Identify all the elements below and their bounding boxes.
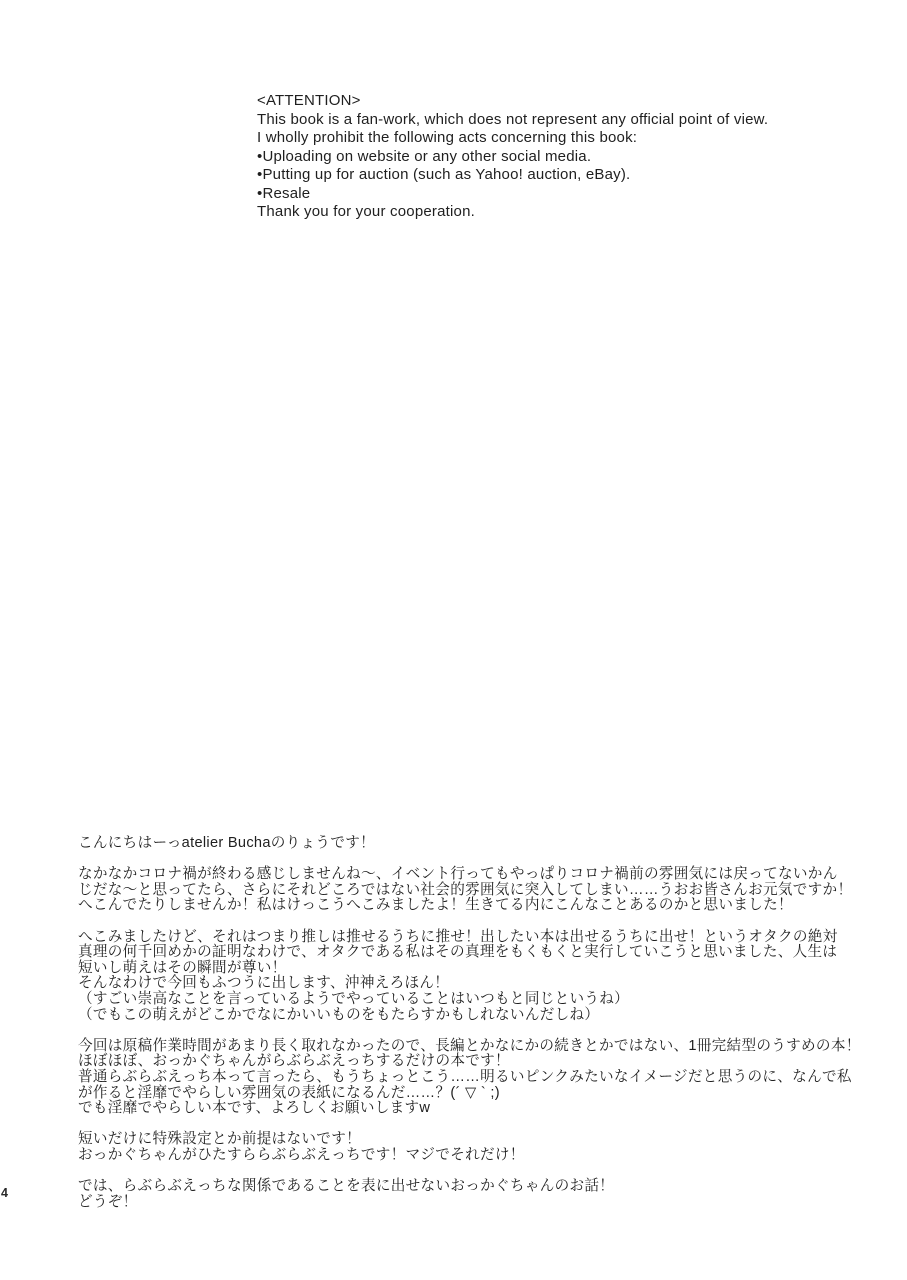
- page-number: 4: [1, 1186, 8, 1200]
- attention-closing: Thank you for your cooperation.: [257, 203, 857, 222]
- afterword-paragraph: 短いだけに特殊設定とか前提はないです！ おっかぐちゃんがひたすららぶらぶえっちで…: [78, 1132, 878, 1163]
- afterword-paragraph: なかなかコロナ禍が終わる感じしませんね～、イベント行ってもやっぱりコロナ禍前の雰…: [78, 867, 878, 914]
- attention-bullet: •Uploading on website or any other socia…: [257, 148, 857, 167]
- attention-line: I wholly prohibit the following acts con…: [257, 129, 857, 148]
- text-line: （でもこの萌えがどこかでなにかいいものをもたらすかもしれないんだしね）: [78, 1008, 878, 1024]
- text-line: なかなかコロナ禍が終わる感じしませんね～、イベント行ってもやっぱりコロナ禍前の雰…: [78, 867, 878, 883]
- text-line: 真理の何千回めかの証明なわけで、オタクである私はその真理をもくもくと実行していこ…: [78, 945, 878, 961]
- attention-bullet: •Resale: [257, 185, 857, 204]
- text-line: 短いだけに特殊設定とか前提はないです！: [78, 1132, 878, 1148]
- text-line: おっかぐちゃんがひたすららぶらぶえっちです！マジでそれだけ！: [78, 1148, 878, 1164]
- afterword-paragraph: へこみましたけど、それはつまり推しは推せるうちに推せ！出したい本は出せるうちに出…: [78, 930, 878, 1024]
- text-line: 短いし萌えはその瞬間が尊い！: [78, 961, 878, 977]
- afterword-paragraph: では、らぶらぶえっちな関係であることを表に出せないおっかぐちゃんのお話！ どうぞ…: [78, 1179, 878, 1210]
- attention-line: This book is a fan-work, which does not …: [257, 111, 857, 130]
- text-line: へこんでたりしませんか！私はけっこうへこみましたよ！生きてる内にこんなことあるの…: [78, 898, 878, 914]
- text-line: 普通らぶらぶえっち本って言ったら、もうちょっとこう……明るいピンクみたいなイメー…: [78, 1070, 878, 1086]
- text-line: ほぼほぼ、おっかぐちゃんがらぶらぶえっちするだけの本です！: [78, 1054, 878, 1070]
- text-line: では、らぶらぶえっちな関係であることを表に出せないおっかぐちゃんのお話！: [78, 1179, 878, 1195]
- text-line: が作ると淫靡でやらしい雰囲気の表紙になるんだ……？(´ ▽ ` ;): [78, 1086, 878, 1102]
- text-line: こんにちはーっatelier Buchaのりょうです！: [78, 836, 878, 852]
- attention-heading: <ATTENTION>: [257, 92, 857, 111]
- afterword-text: こんにちはーっatelier Buchaのりょうです！ なかなかコロナ禍が終わる…: [78, 836, 878, 1226]
- attention-notice: <ATTENTION> This book is a fan-work, whi…: [257, 92, 857, 222]
- scanned-doujin-page: <ATTENTION> This book is a fan-work, whi…: [0, 0, 907, 1280]
- afterword-paragraph: 今回は原稿作業時間があまり長く取れなかったので、長編とかなにかの続きとかではない…: [78, 1039, 878, 1117]
- text-line: へこみましたけど、それはつまり推しは推せるうちに推せ！出したい本は出せるうちに出…: [78, 930, 878, 946]
- text-line: そんなわけで今回もふつうに出します、沖神えろほん！: [78, 976, 878, 992]
- afterword-greeting: こんにちはーっatelier Buchaのりょうです！: [78, 836, 878, 852]
- text-line: 今回は原稿作業時間があまり長く取れなかったので、長編とかなにかの続きとかではない…: [78, 1039, 878, 1055]
- text-line: でも淫靡でやらしい本です、よろしくお願いしますw: [78, 1101, 878, 1117]
- text-line: どうぞ！: [78, 1195, 878, 1211]
- text-line: （すごい崇高なことを言っているようでやっていることはいつもと同じというね）: [78, 992, 878, 1008]
- attention-bullet: •Putting up for auction (such as Yahoo! …: [257, 166, 857, 185]
